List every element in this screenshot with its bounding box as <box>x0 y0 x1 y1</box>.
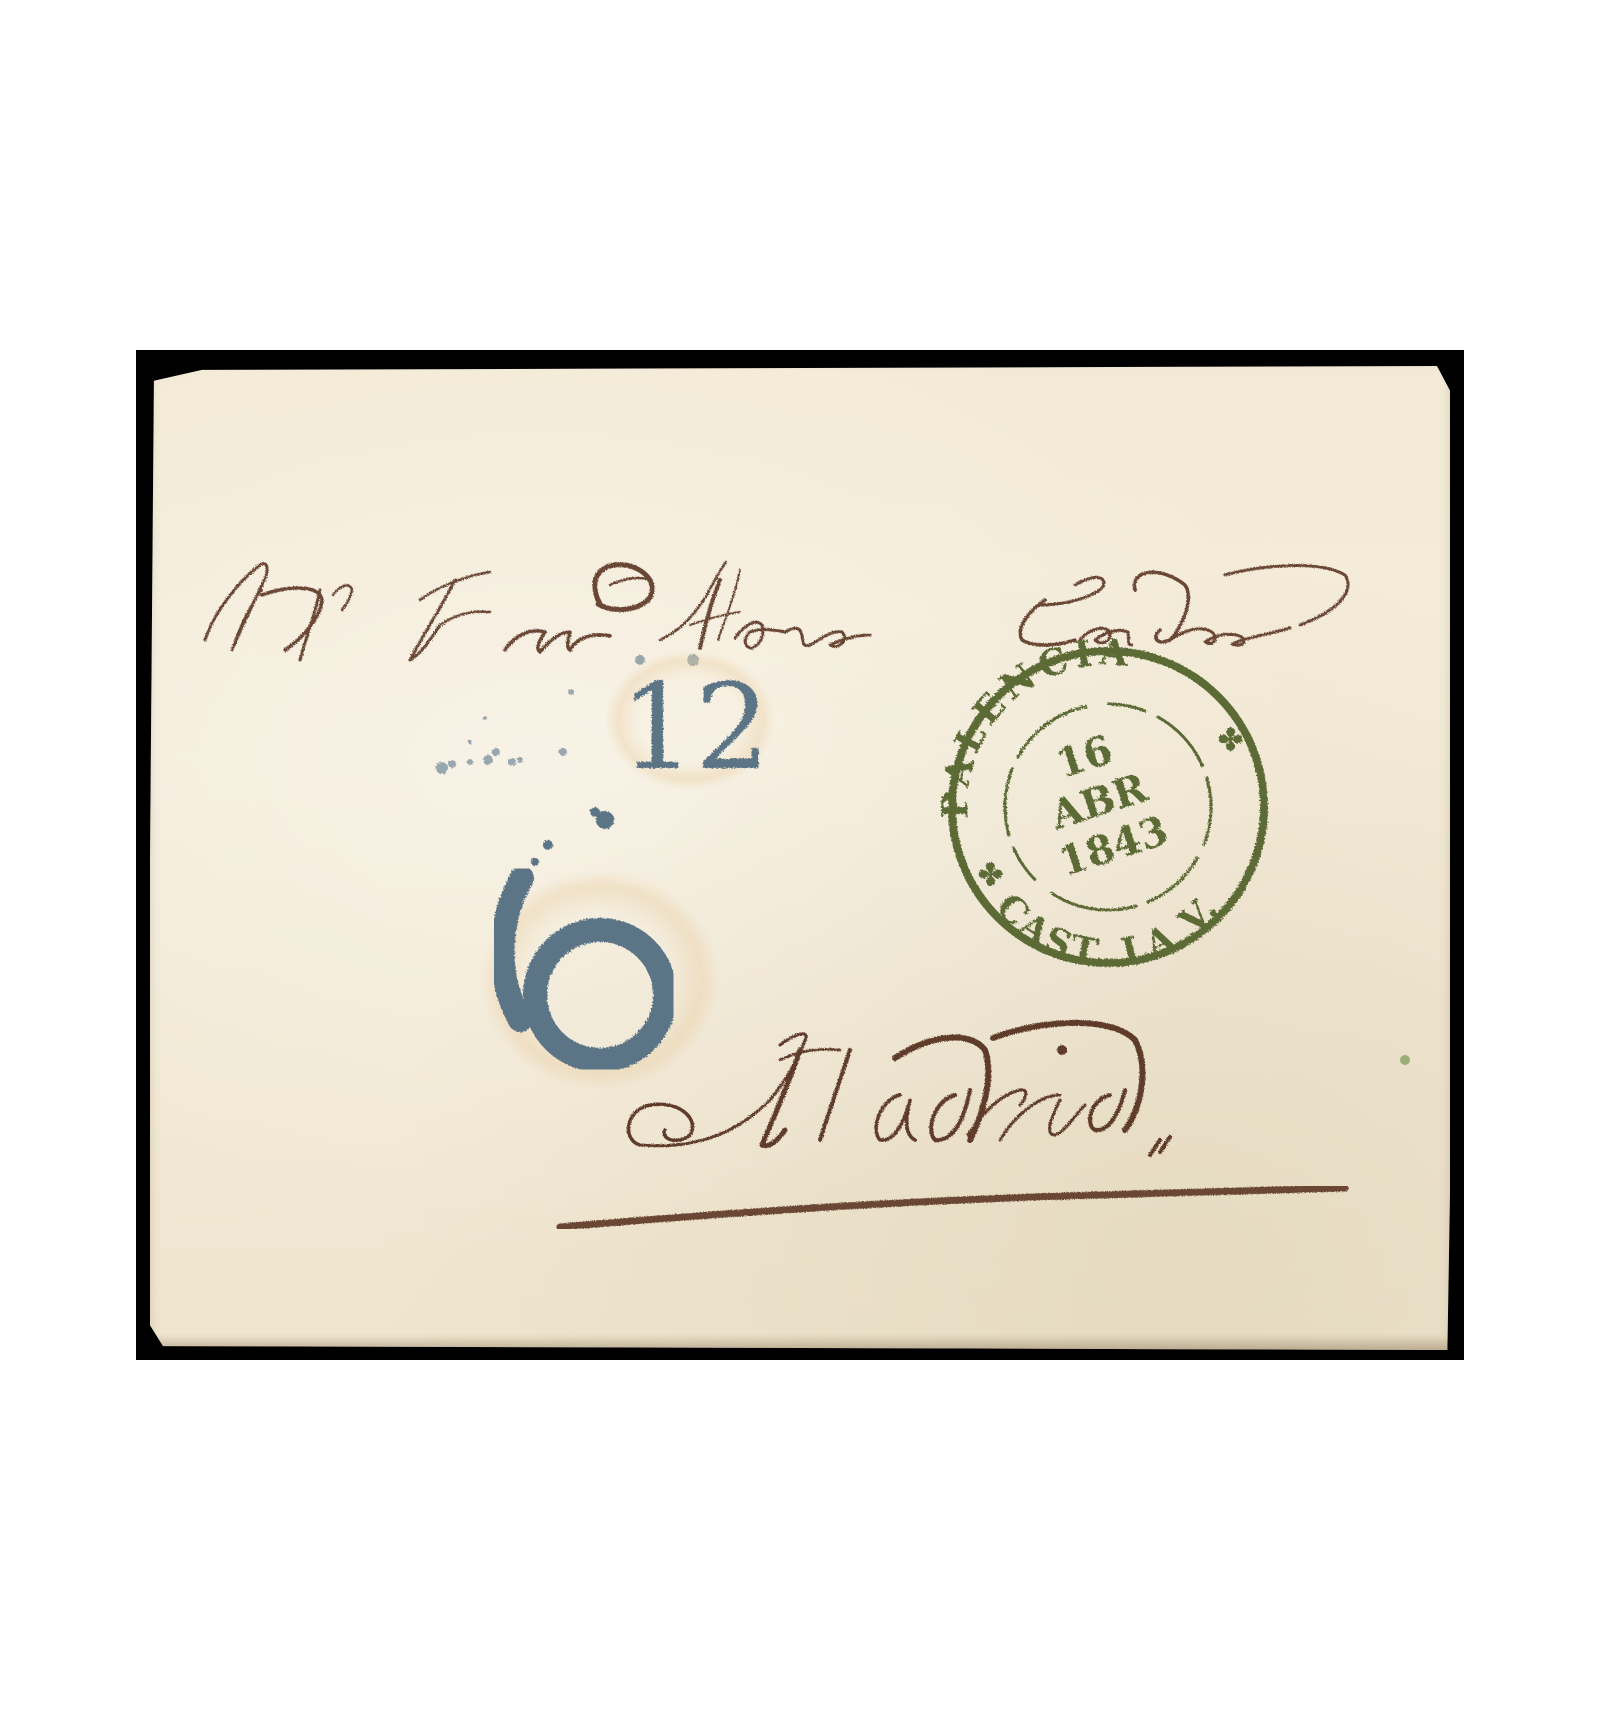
svg-text:CAST. LA V.: CAST. LA V. <box>988 885 1229 973</box>
destination-underline <box>560 1188 1345 1227</box>
rate-mark-12: 12 <box>605 650 775 796</box>
manuscript-destination <box>629 1023 1170 1155</box>
ink-layer: 12 PALENCIA CAST. LA V. ✤ ✤ 16 <box>0 0 1600 1710</box>
postmark-region: CAST. LA V. <box>988 885 1229 973</box>
postmark-ornament-right: ✤ <box>1218 723 1243 758</box>
manuscript-address <box>205 562 1348 660</box>
postmark: PALENCIA CAST. LA V. ✤ ✤ 16 ABR 1843 <box>934 631 1264 974</box>
ink-speck <box>1400 1055 1410 1065</box>
rate-mark-12-text: 12 <box>620 658 770 796</box>
rate-mark-6 <box>480 807 720 1090</box>
postmark-ornament-left: ✤ <box>978 858 1003 893</box>
